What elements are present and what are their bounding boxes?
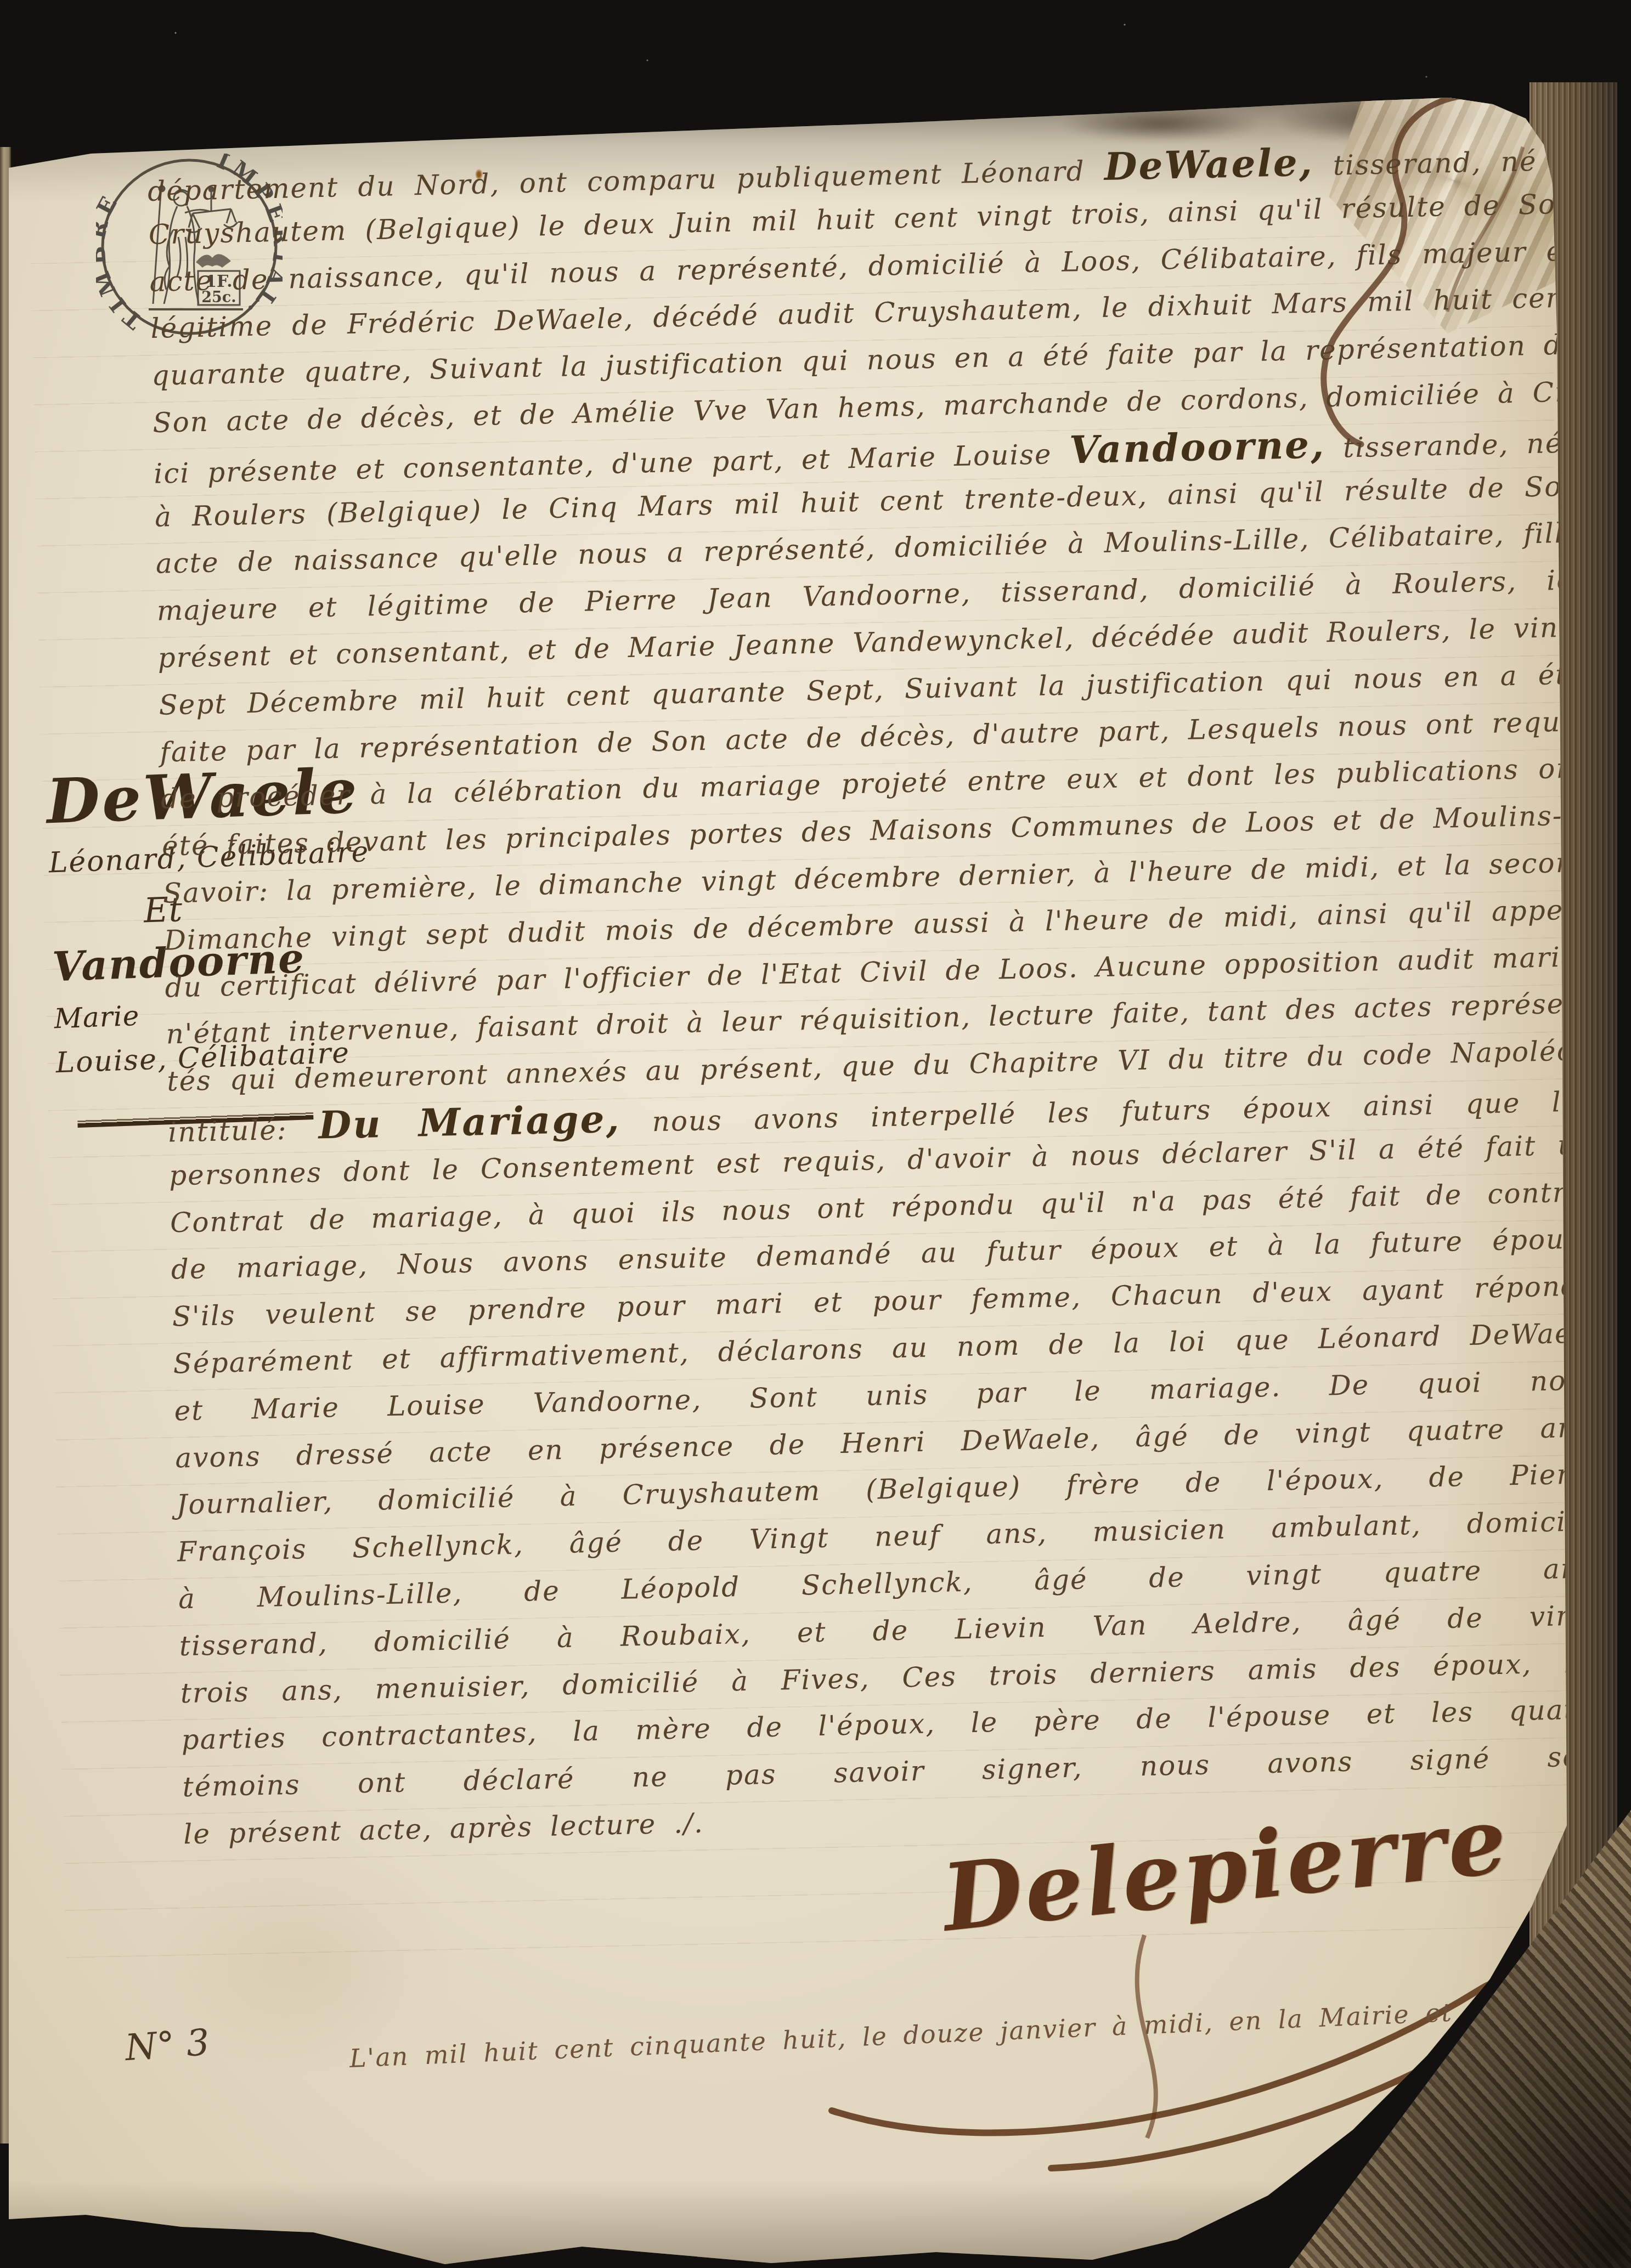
scanned-register-photo: 2 TIMBRE IMPERIAL. [0, 0, 1631, 2268]
margin-bride-given: Marie [54, 1000, 140, 1034]
stamp-arc-left-text: TIMBRE [96, 188, 147, 334]
pencil-page-number: 2 [77, 102, 97, 132]
manuscript: département du Nord, ont comparu publiqu… [147, 133, 1610, 1858]
act-number: N° 3 [124, 2021, 211, 2069]
register-page: 2 TIMBRE IMPERIAL. [9, 98, 1576, 2268]
